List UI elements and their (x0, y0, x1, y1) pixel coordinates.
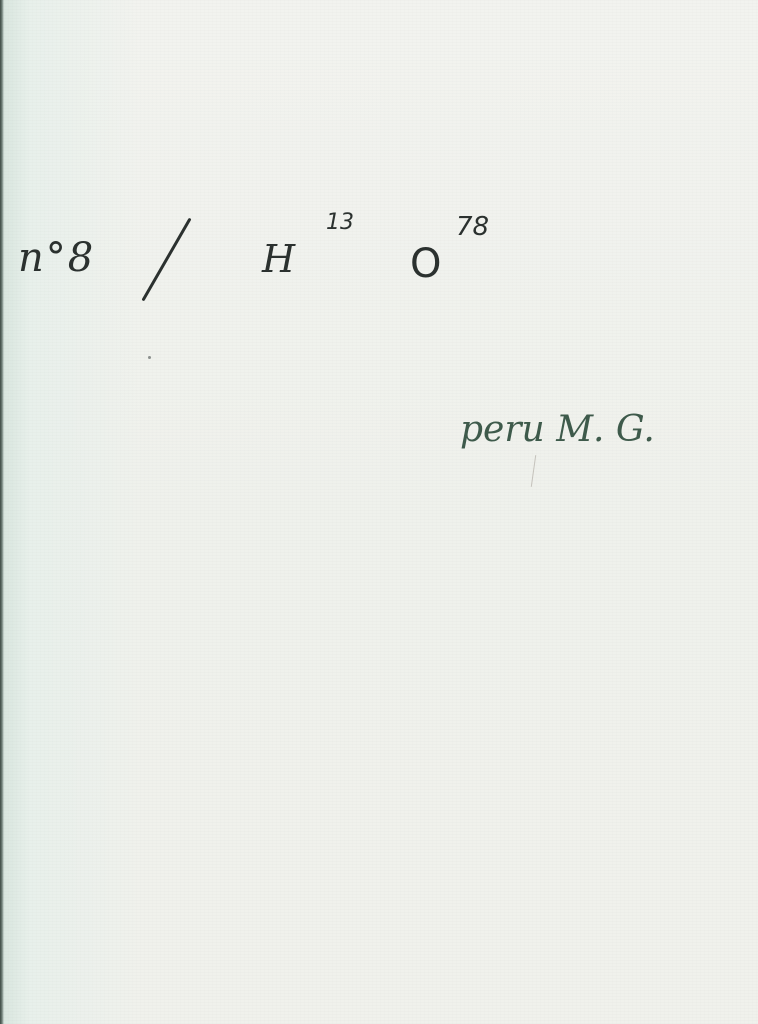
paper-mark (531, 455, 536, 487)
slash-separator (141, 218, 191, 302)
o-letter: O (410, 244, 441, 284)
h-letter: H (262, 240, 295, 278)
paper-texture (0, 0, 758, 1024)
paper-speck (148, 356, 151, 359)
paper-page: n°8 H 13 O 78 peru M. G. (0, 0, 758, 1024)
h-superscript: 13 (326, 212, 354, 234)
number-label: n°8 (18, 238, 95, 278)
o-superscript: 78 (456, 214, 489, 240)
signature-text: peru M. G. (460, 412, 655, 448)
